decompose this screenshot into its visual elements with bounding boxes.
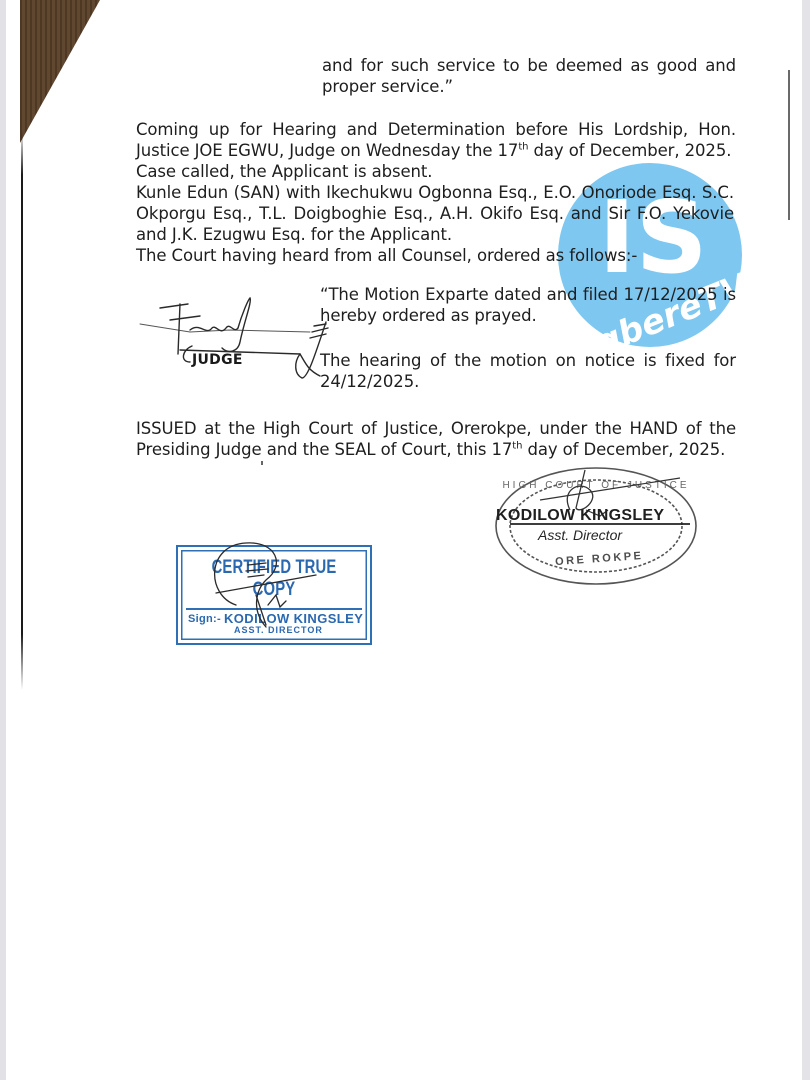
page-edge-right bbox=[788, 70, 790, 220]
svg-text:HIGH COURT OF JUSTICE: HIGH COURT OF JUSTICE bbox=[502, 480, 689, 491]
seal-signatory-name: KODILOW KINGSLEY bbox=[496, 507, 664, 525]
counsel-appearance: Kunle Edun (SAN) with Ikechukwu Ogbonna … bbox=[136, 182, 734, 245]
page-edge-left bbox=[21, 130, 23, 690]
issued-paragraph: ISSUED at the High Court of Justice, Ore… bbox=[136, 418, 736, 460]
issued-date-rest: day of December, 2025. bbox=[522, 440, 725, 459]
hearing-date-rest: day of December, 2025. bbox=[528, 141, 731, 160]
hearing-paragraph: Coming up for Hearing and Determination … bbox=[136, 119, 736, 161]
court-heard-line: The Court having heard from all Counsel,… bbox=[136, 245, 637, 266]
ctc-signature bbox=[196, 535, 336, 635]
order-item-1: “The Motion Exparte dated and filed 17/1… bbox=[320, 284, 736, 326]
issued-ordinal: th bbox=[512, 441, 522, 452]
photo-edge-right bbox=[802, 0, 810, 1080]
ink-speck bbox=[261, 461, 263, 465]
order-item-2: The hearing of the motion on notice is f… bbox=[320, 350, 736, 392]
quoted-prayer-ending: and for such service to be deemed as goo… bbox=[322, 55, 736, 97]
hearing-ordinal: th bbox=[518, 142, 528, 153]
judge-signature bbox=[130, 292, 330, 382]
photo-edge-left bbox=[0, 0, 6, 1080]
seal-signatory-role: Asst. Director bbox=[538, 527, 622, 543]
case-called-line: Case called, the Applicant is absent. bbox=[136, 161, 432, 182]
judge-label: JUDGE bbox=[192, 352, 243, 368]
